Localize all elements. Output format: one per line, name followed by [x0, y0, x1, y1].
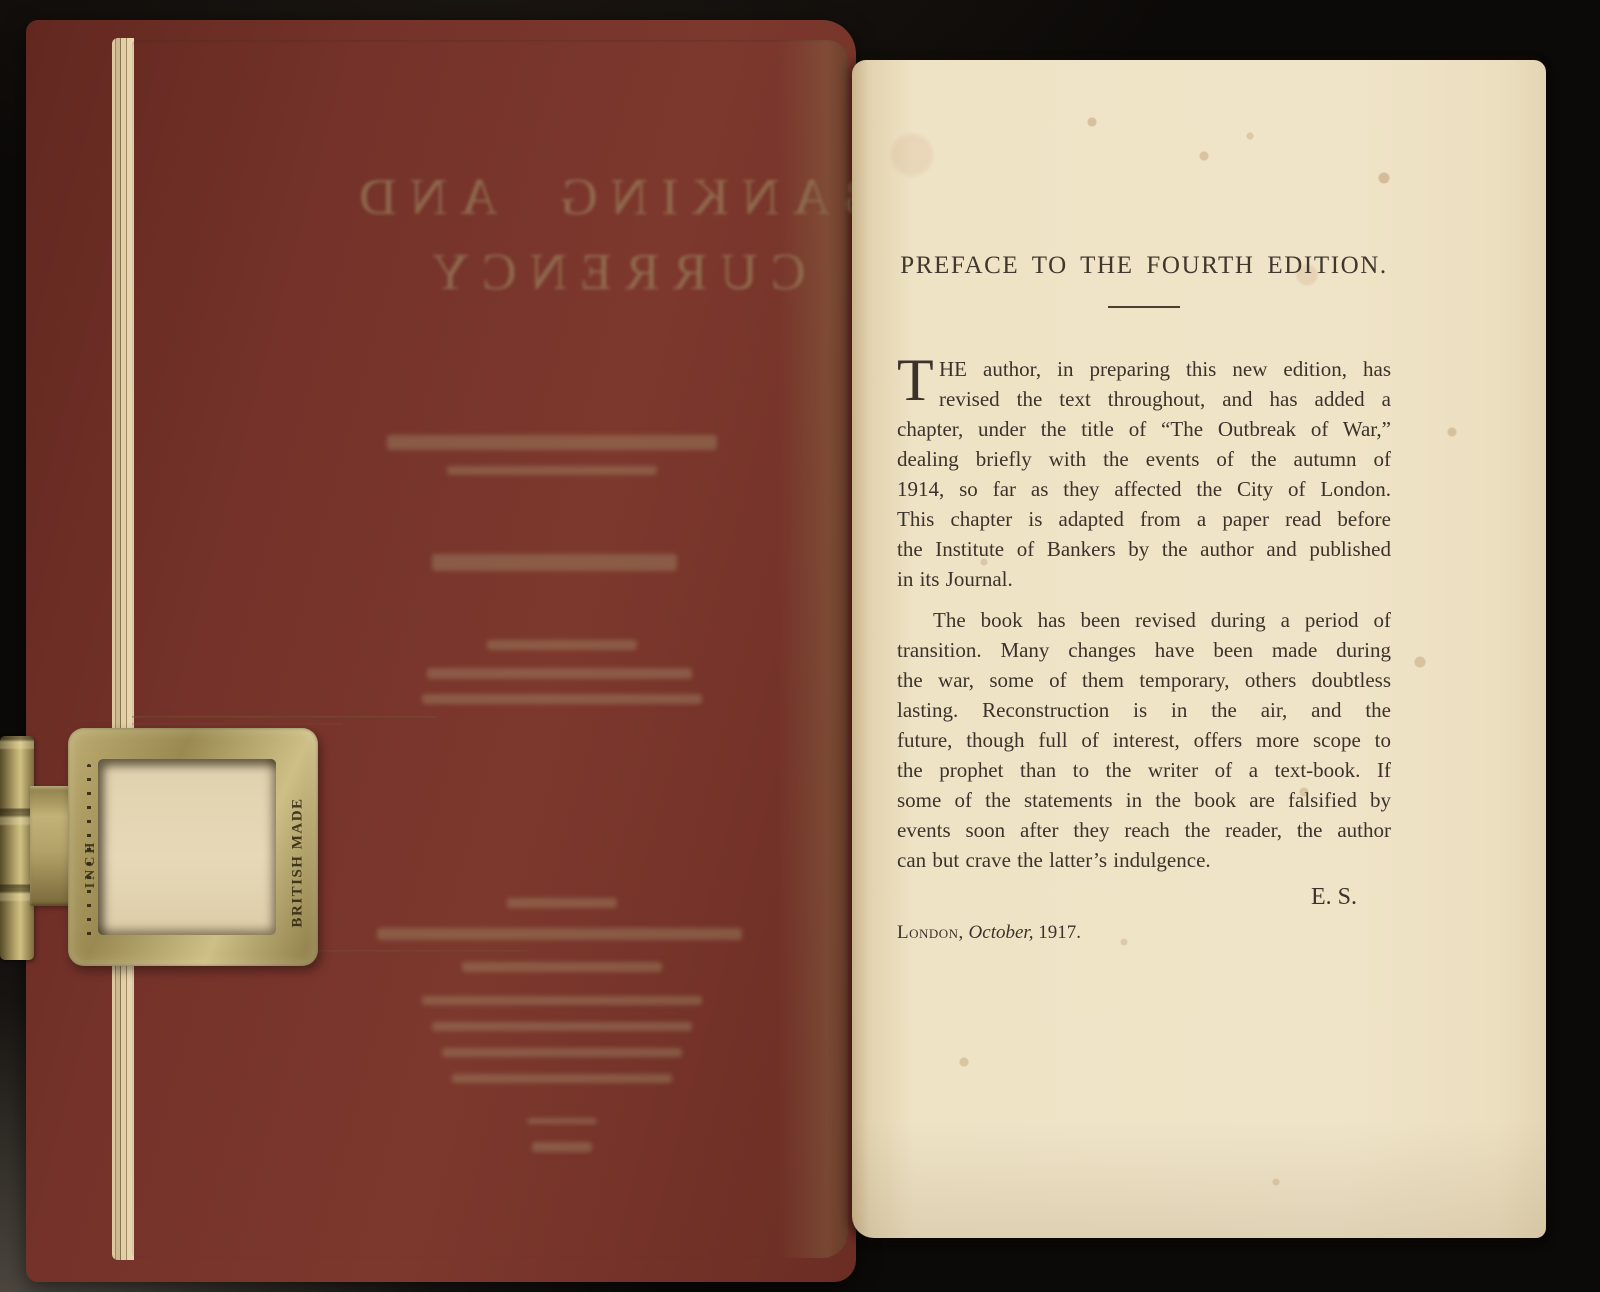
- text-line: the Institute of Bankers by the author a…: [897, 534, 1391, 564]
- gutter-shadow: [778, 40, 848, 1258]
- dateline-city: London,: [897, 922, 964, 943]
- left-page: BANKING AND CURRENCY: [132, 40, 848, 1258]
- dateline-year: 1917.: [1038, 922, 1081, 943]
- gauge-frame: INCH BRITISH MADE: [68, 728, 318, 966]
- preface-paragraph-2: The book has been revised during a perio…: [897, 605, 1391, 875]
- text-line: revised the text throughout, and has add…: [897, 384, 1391, 414]
- text-line: 1914, so far as they affected the City o…: [897, 474, 1391, 504]
- author-initials: E. S.: [897, 884, 1391, 911]
- dateline: London, October, 1917.: [897, 922, 1391, 944]
- page-edge-stack: [112, 38, 134, 1260]
- showthrough-smudge: [462, 962, 662, 972]
- text-line: chapter, under the title of “The Outbrea…: [897, 414, 1391, 444]
- preface-heading: PREFACE TO THE FOURTH EDITION.: [897, 252, 1391, 280]
- showthrough-smudge: [442, 1048, 682, 1057]
- showthrough-smudge: [532, 1142, 592, 1152]
- text-line: future, though full of interest, offers …: [897, 725, 1391, 755]
- right-page: PREFACE TO THE FOURTH EDITION. T HE auth…: [852, 60, 1546, 1238]
- showthrough-smudge: [507, 898, 617, 908]
- text-line: The book has been revised during a perio…: [897, 605, 1391, 635]
- text-line: the war, some of them temporary, others …: [897, 665, 1391, 695]
- gauge-opening: [98, 759, 276, 935]
- preface-paragraph-1: T HE author, in preparing this new editi…: [897, 354, 1391, 594]
- text-line: in its Journal.: [897, 564, 1391, 594]
- showthrough-smudge: [427, 668, 692, 679]
- showthrough-smudge: [527, 1118, 597, 1124]
- showthrough-smudge: [432, 554, 677, 571]
- inch-label: INCH: [83, 819, 99, 909]
- dropcap-initial: T: [897, 351, 934, 409]
- showthrough-smudge: [432, 1022, 692, 1031]
- text-line: events soon after they reach the reader,…: [897, 815, 1391, 845]
- heading-rule: [1108, 306, 1180, 308]
- text-line: can but crave the latter’s indulgence.: [897, 845, 1391, 875]
- photo-open-antique-book: { "scene": { "background_color": "#0c0a0…: [0, 0, 1600, 1292]
- text-line: HE author, in preparing this new edition…: [897, 354, 1391, 384]
- brass-inch-gauge: INCH BRITISH MADE: [0, 690, 345, 985]
- showthrough-smudge: [422, 996, 702, 1005]
- text-line: lasting. Reconstruction is in the air, a…: [897, 695, 1391, 725]
- text-line: some of the statements in the book are f…: [897, 785, 1391, 815]
- showthrough-smudge: [387, 435, 717, 450]
- showthrough-smudge: [447, 466, 657, 475]
- gauge-hinge: [0, 736, 34, 960]
- showthrough-smudge: [422, 694, 702, 704]
- text-line: This chapter is adapted from a paper rea…: [897, 504, 1391, 534]
- text-line: the prophet than to the writer of a text…: [897, 755, 1391, 785]
- showthrough-smudge: [452, 1074, 672, 1083]
- preface-content: PREFACE TO THE FOURTH EDITION. T HE auth…: [897, 252, 1391, 944]
- showthrough-smudge: [377, 928, 742, 940]
- british-made-label: BRITISH MADE: [290, 763, 307, 963]
- paragraph-1-lines: HE author, in preparing this new edition…: [897, 354, 1391, 594]
- text-line: transition. Many changes have been made …: [897, 635, 1391, 665]
- dateline-month: October,: [969, 922, 1034, 943]
- showthrough-smudge: [487, 640, 637, 650]
- text-line: dealing briefly with the events of the a…: [897, 444, 1391, 474]
